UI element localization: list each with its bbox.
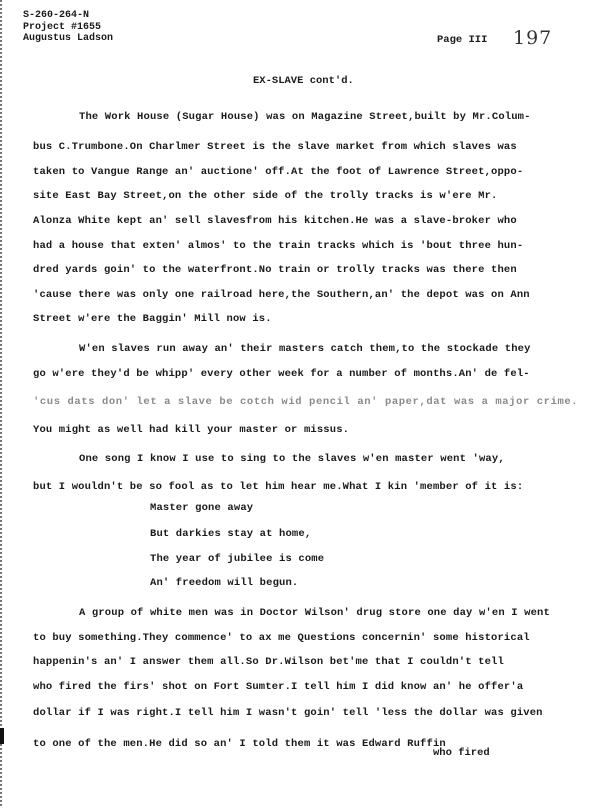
text-line: go w'ere they'd be whipp' every other we… [33,368,530,380]
song-line: But darkies stay at home, [150,528,311,540]
text-line: had a house that exten' almos' to the tr… [33,240,523,252]
text-line: Street w'ere the Baggin' Mill now is. [33,313,272,325]
page-label: Page III [437,34,487,46]
text-line: 'cus dats don' let a slave be cotch wid … [33,396,578,408]
text-line: A group of white men was in Doctor Wilso… [79,607,550,619]
text-line: One song I know I use to sing to the sla… [79,453,505,465]
text-line: dred yards goin' to the waterfront.No tr… [33,264,517,276]
text-line: 'cause there was only one railroad here,… [33,289,530,301]
document-title: EX-SLAVE cont'd. [253,75,354,87]
text-line: to one of the men.He did so an' I told t… [33,738,446,750]
typewritten-page: S-260-264-N Project #1655 Augustus Ladso… [0,0,600,808]
page-stamp-number: 197 [513,27,552,49]
document-meta: S-260-264-N Project #1655 Augustus Ladso… [23,10,113,45]
page-edge [0,0,2,808]
text-line: You might as well had kill your master o… [33,424,349,436]
text-line: happenin's an' I answer them all.So Dr.W… [33,656,504,668]
text-line: who fired the firs' shot on Fort Sumter.… [33,681,523,693]
song-line: The year of jubilee is come [150,553,324,565]
meta-code: S-260-264-N [23,10,113,22]
closing-tail-text: who fired [433,747,490,759]
text-line: site East Bay Street,on the other side o… [33,190,497,202]
text-line: The Work House (Sugar House) was on Maga… [79,111,531,123]
text-line: Alonza White kept an' sell slavesfrom hi… [33,215,517,227]
text-line: dollar if I was right.I tell him I wasn'… [33,707,543,719]
text-line: bus C.Trumbone.On Charlmer Street is the… [33,141,517,153]
meta-project: Project #1655 [23,22,113,34]
text-line: but I wouldn't be so fool as to let him … [33,481,523,493]
song-line: Master gone away [150,502,253,514]
meta-author: Augustus Ladson [23,33,113,45]
song-line: An' freedom will begun. [150,577,298,589]
text-line: W'en slaves run away an' their masters c… [79,343,531,355]
text-line: to buy something.They commence' to ax me… [33,632,530,644]
binding-mark [0,728,4,744]
text-line: taken to Vangue Range an' auctione' off.… [33,166,523,178]
